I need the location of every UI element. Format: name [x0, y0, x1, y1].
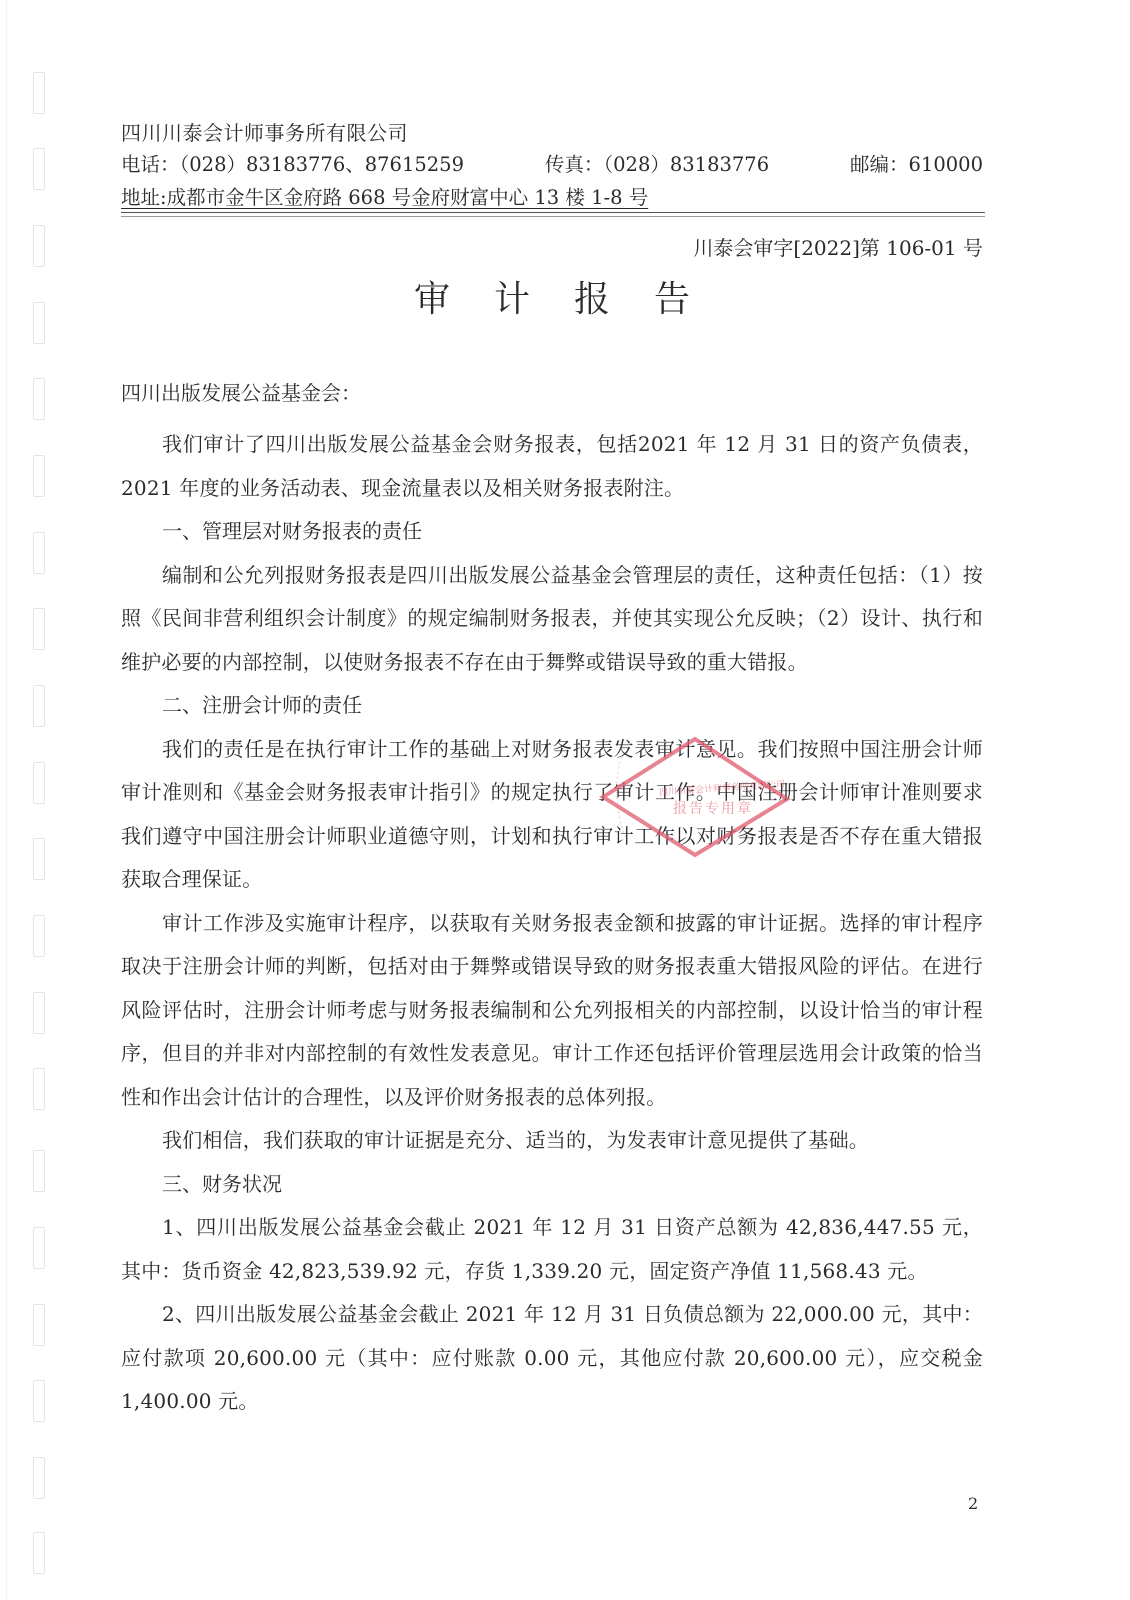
binding-hole — [33, 1068, 45, 1110]
binding-hole — [33, 225, 45, 267]
binding-hole — [33, 148, 45, 190]
report-title: 审计报告 — [121, 275, 983, 325]
binding-hole — [33, 1457, 45, 1499]
auditor-responsibility-paragraph: 我们的责任是在执行审计工作的基础上对财务报表发表审计意见。我们按照中国注册会计师… — [121, 728, 983, 902]
binding-hole — [33, 1380, 45, 1422]
firm-address: 地址:成都市金牛区金府路 668 号金府财富中心 13 楼 1-8 号 — [121, 186, 648, 209]
phone-number: 电话：（028）83183776、87615259 — [121, 148, 464, 182]
page-number: 2 — [968, 1494, 978, 1513]
address-row: 地址:成都市金牛区金府路 668 号金府财富中心 13 楼 1-8 号 — [121, 182, 983, 214]
management-responsibility-paragraph: 编制和公允列报财务报表是四川出版发展公益基金会管理层的责任，这种责任包括：（1）… — [121, 554, 983, 685]
binding-hole — [33, 1227, 45, 1269]
report-reference-number: 川泰会审字[2022]第 106-01 号 — [121, 233, 983, 263]
addressee: 四川出版发展公益基金会： — [121, 375, 983, 411]
binding-hole — [33, 72, 45, 114]
binding-hole — [33, 1304, 45, 1346]
contact-row: 电话：（028）83183776、87615259 传真：（028）831837… — [121, 148, 983, 182]
section-heading-management: 一、管理层对财务报表的责任 — [121, 510, 983, 554]
audit-report-page: 四川川泰会计师事务所有限公司 电话：（028）83183776、87615259… — [121, 118, 983, 1424]
binding-hole — [33, 685, 45, 727]
binding-hole — [33, 608, 45, 650]
section-heading-financial-status: 三、财务状况 — [121, 1163, 983, 1207]
fax-number: 传真：（028）83183776 — [545, 148, 769, 182]
binding-hole — [33, 915, 45, 957]
section-heading-auditor: 二、注册会计师的责任 — [121, 684, 983, 728]
binding-hole — [33, 532, 45, 574]
binding-hole — [33, 838, 45, 880]
binding-hole — [33, 992, 45, 1034]
report-body: 我们审计了四川出版发展公益基金会财务报表，包括2021 年 12 月 31 日的… — [121, 423, 983, 1424]
binding-hole — [33, 302, 45, 344]
postcode: 邮编：610000 — [850, 148, 983, 182]
binding-holes — [0, 0, 80, 1600]
binding-hole — [33, 762, 45, 804]
binding-hole — [33, 378, 45, 420]
intro-paragraph: 我们审计了四川出版发展公益基金会财务报表，包括2021 年 12 月 31 日的… — [121, 423, 983, 510]
audit-evidence-paragraph: 我们相信，我们获取的审计证据是充分、适当的，为发表审计意见提供了基础。 — [121, 1119, 983, 1163]
firm-name: 四川川泰会计师事务所有限公司 — [121, 118, 983, 148]
binding-hole — [33, 455, 45, 497]
binding-hole — [33, 1150, 45, 1192]
liabilities-paragraph: 2、四川出版发展公益基金会截止 2021 年 12 月 31 日负债总额为 22… — [121, 1293, 983, 1424]
assets-paragraph: 1、四川出版发展公益基金会截止 2021 年 12 月 31 日资产总额为 42… — [121, 1206, 983, 1293]
audit-procedures-paragraph: 审计工作涉及实施审计程序，以获取有关财务报表金额和披露的审计证据。选择的审计程序… — [121, 902, 983, 1120]
binding-hole — [33, 1532, 45, 1574]
